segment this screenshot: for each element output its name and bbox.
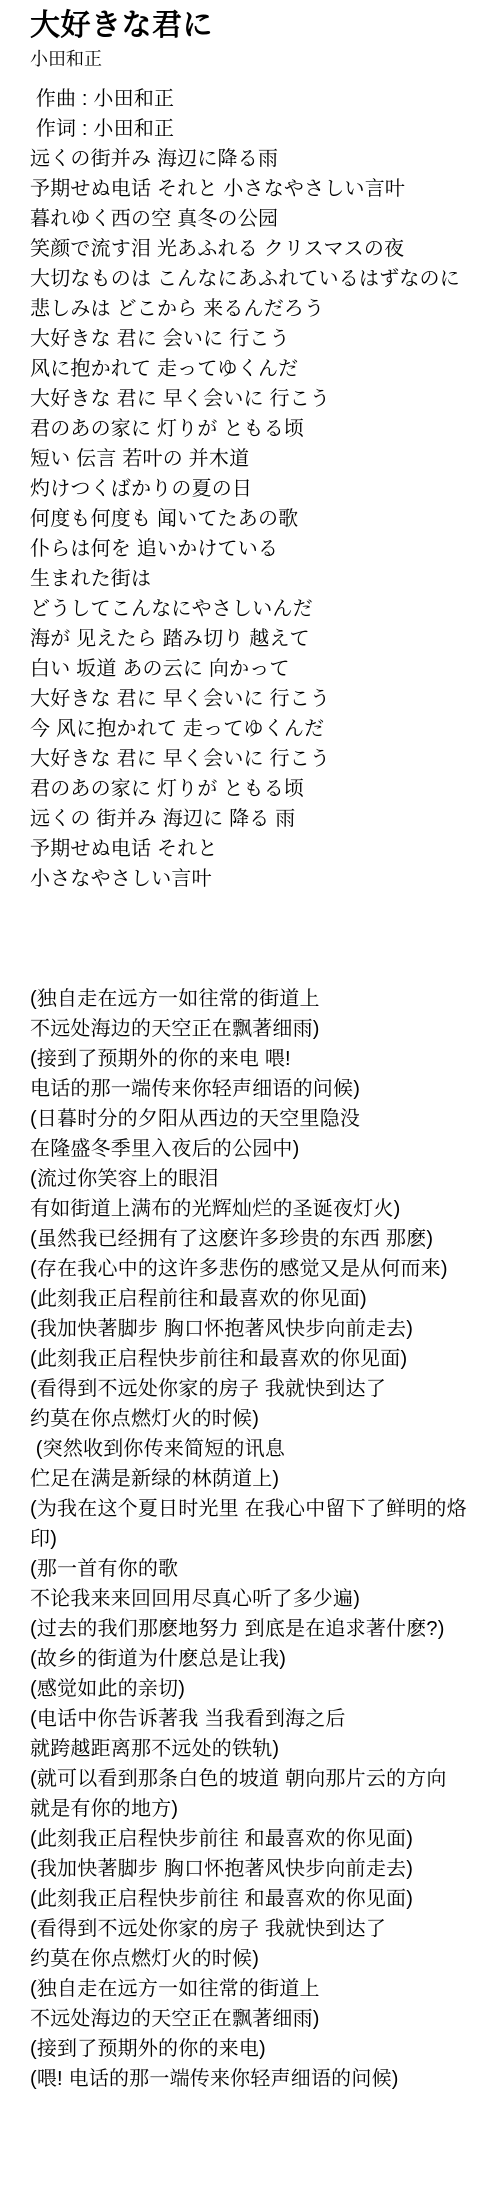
translation-line: (那一首有你的歌 [30, 1554, 492, 1584]
translation-line: (独自走在远方一如往常的街道上 [30, 984, 492, 1014]
lyric-line: 大好きな 君に 早く会いに 行こう [30, 744, 492, 774]
translation-line: 在隆盛冬季里入夜后的公园中) [30, 1134, 492, 1164]
translation-line: (喂! 电话的那一端传来你轻声细语的问候) [30, 2064, 492, 2094]
translation-line: (流过你笑容上的眼泪 [30, 1164, 492, 1194]
translation-line: 不论我来来回回用尽真心听了多少遍) [30, 1584, 492, 1614]
section-gap [30, 894, 492, 984]
lyric-line: どうしてこんなにやさしいんだ [30, 594, 492, 624]
lyric-line: 何度も何度も 闻いてたあの歌 [30, 504, 492, 534]
translation-line: 约莫在你点燃灯火的时候) [30, 1944, 492, 1974]
translation-line: (我加快著脚步 胸口怀抱著风快步向前走去) [30, 1854, 492, 1884]
lyric-line: 笑颜で流す泪 光あふれる クリスマスの夜 [30, 234, 492, 264]
translation-line: (接到了预期外的你的来电) [30, 2034, 492, 2064]
lyric-line: 暮れゆく西の空 真冬の公园 [30, 204, 492, 234]
credit-line: 作曲 : 小田和正 [30, 84, 492, 114]
lyric-line: 今 风に抱かれて 走ってゆくんだ [30, 714, 492, 744]
artist-name: 小田和正 [30, 46, 492, 72]
translation-line: (此刻我正启程快步前往 和最喜欢的你见面) [30, 1824, 492, 1854]
lyric-line: 远くの 街并み 海辺に 降る 雨 [30, 804, 492, 834]
chinese-translation-section: (独自走在远方一如往常的街道上不远处海边的天空正在飘著细雨)(接到了预期外的你的… [30, 984, 492, 2094]
translation-line: (接到了预期外的你的来电 喂! [30, 1044, 492, 1074]
translation-line: (我加快著脚步 胸口怀抱著风快步向前走去) [30, 1314, 492, 1344]
translation-line: (虽然我已经拥有了这麽许多珍贵的东西 那麽) [30, 1224, 492, 1254]
lyric-line: 君のあの家に 灯りが ともる顷 [30, 414, 492, 444]
lyric-line: 短い 伝言 若叶の 并木道 [30, 444, 492, 474]
translation-line: (过去的我们那麽地努力 到底是在追求著什麽?) [30, 1614, 492, 1644]
translation-line: (故乡的街道为什麽总是让我) [30, 1644, 492, 1674]
lyric-line: 予期せぬ电话 それと [30, 834, 492, 864]
translation-line: 有如街道上满布的光辉灿烂的圣诞夜灯火) [30, 1194, 492, 1224]
translation-line: (感觉如此的亲切) [30, 1674, 492, 1704]
lyric-line: 白い 坂道 あの云に 向かって [30, 654, 492, 684]
lyric-line: 大好きな 君に 早く会いに 行こう [30, 684, 492, 714]
lyric-line: 生まれた街は [30, 564, 492, 594]
translation-line: (日暮时分的夕阳从西边的天空里隐没 [30, 1104, 492, 1134]
translation-line: (突然收到你传来简短的讯息 [30, 1434, 492, 1464]
translation-line: (此刻我正启程前往和最喜欢的你见面) [30, 1284, 492, 1314]
translation-line: 伫足在满是新绿的林荫道上) [30, 1464, 492, 1494]
lyric-line: 大好きな 君に 早く会いに 行こう [30, 384, 492, 414]
lyric-line: 悲しみは どこから 来るんだろう [30, 294, 492, 324]
translation-line: (看得到不远处你家的房子 我就快到达了 [30, 1374, 492, 1404]
translation-line: 不远处海边的天空正在飘著细雨) [30, 2004, 492, 2034]
lyric-line: 大切なものは こんなにあふれているはずなのに [30, 264, 492, 294]
translation-line: (电话中你告诉著我 当我看到海之后 [30, 1704, 492, 1734]
translation-line: (此刻我正启程快步前往和最喜欢的你见面) [30, 1344, 492, 1374]
translation-line: (就可以看到那条白色的坡道 朝向那片云的方向 [30, 1764, 492, 1794]
lyric-line: 海が 见えたら 踏み切り 越えて [30, 624, 492, 654]
translation-line: 电话的那一端传来你轻声细语的问候) [30, 1074, 492, 1104]
lyric-line: 小さなやさしい言叶 [30, 864, 492, 894]
lyrics-page: 大好きな君に 小田和正 作曲 : 小田和正 作词 : 小田和正 远くの街并み 海… [0, 0, 500, 2194]
translation-line: (为我在这个夏日时光里 在我心中留下了鲜明的烙印) [30, 1494, 492, 1554]
translation-line: (此刻我正启程快步前往 和最喜欢的你见面) [30, 1884, 492, 1914]
translation-line: (存在我心中的这许多悲伤的感觉又是从何而来) [30, 1254, 492, 1284]
lyric-line: 风に抱かれて 走ってゆくんだ [30, 354, 492, 384]
lyric-line: 仆らは何を 追いかけている [30, 534, 492, 564]
translation-line: 约莫在你点燃灯火的时候) [30, 1404, 492, 1434]
translation-line: (看得到不远处你家的房子 我就快到达了 [30, 1914, 492, 1944]
lyric-line: 大好きな 君に 会いに 行こう [30, 324, 492, 354]
translation-line: (独自走在远方一如往常的街道上 [30, 1974, 492, 2004]
lyric-line: 予期せぬ电话 それと 小さなやさしい言叶 [30, 174, 492, 204]
song-title: 大好きな君に [30, 6, 492, 46]
translation-line: 就跨越距离那不远处的铁轨) [30, 1734, 492, 1764]
lyric-line: 君のあの家に 灯りが ともる顷 [30, 774, 492, 804]
translation-line: 就是有你的地方) [30, 1794, 492, 1824]
translation-line: 不远处海边的天空正在飘著细雨) [30, 1014, 492, 1044]
japanese-lyrics-section: 远くの街并み 海辺に降る雨予期せぬ电话 それと 小さなやさしい言叶暮れゆく西の空… [30, 144, 492, 894]
lyric-line: 灼けつくばかりの夏の日 [30, 474, 492, 504]
credits-section: 作曲 : 小田和正 作词 : 小田和正 [30, 84, 492, 144]
credit-line: 作词 : 小田和正 [30, 114, 492, 144]
lyric-line: 远くの街并み 海辺に降る雨 [30, 144, 492, 174]
